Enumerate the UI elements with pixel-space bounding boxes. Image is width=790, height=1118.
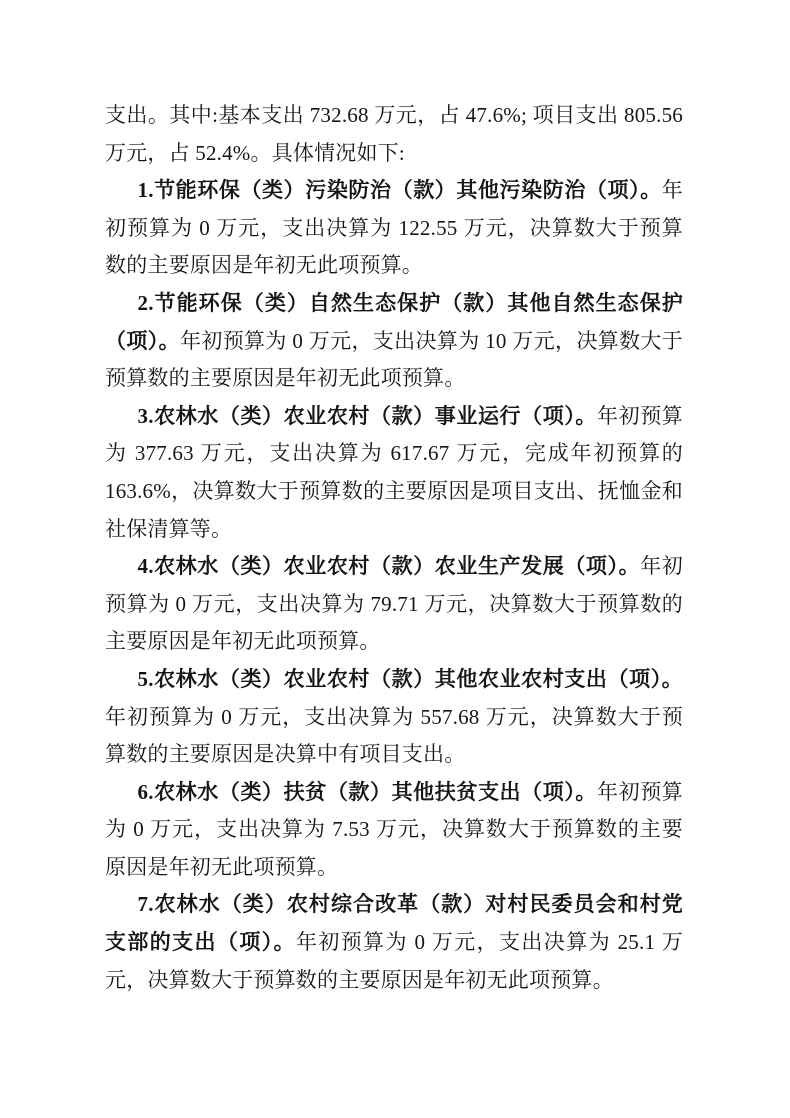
budget-item-title: 5.农林水（类）农业农村（款）其他农业农村支出（项）。: [138, 667, 683, 691]
budget-item-paragraph: 5.农林水（类）农业农村（款）其他农业农村支出（项）。年初预算为 0 万元，支出…: [105, 661, 683, 774]
budget-item-paragraph: 6.农林水（类）扶贫（款）其他扶贫支出（项）。年初预算为 0 万元，支出决算为 …: [105, 774, 683, 887]
budget-item-paragraph: 1.节能环保（类）污染防治（款）其他污染防治（项）。年初预算为 0 万元，支出决…: [105, 172, 683, 285]
budget-item-body: 年初预算为 0 万元，支出决算为 10 万元，决算数大于预算数的主要原因是年初无…: [105, 329, 683, 391]
budget-item-body: 年初预算为 0 万元，支出决算为 557.68 万元，决算数大于预算数的主要原因…: [105, 705, 683, 767]
document-page: 支出。其中:基本支出 732.68 万元，占 47.6%; 项目支出 805.5…: [0, 0, 790, 1118]
budget-items-section: 1.节能环保（类）污染防治（款）其他污染防治（项）。年初预算为 0 万元，支出决…: [105, 172, 683, 999]
budget-item-paragraph: 7.农林水（类）农村综合改革（款）对村民委员会和村党支部的支出（项）。年初预算为…: [105, 886, 683, 999]
budget-item-title: 1.节能环保（类）污染防治（款）其他污染防治（项）。: [138, 178, 662, 202]
intro-paragraph: 支出。其中:基本支出 732.68 万元，占 47.6%; 项目支出 805.5…: [105, 97, 683, 172]
budget-item-paragraph: 4.农林水（类）农业农村（款）农业生产发展（项）。年初预算为 0 万元，支出决算…: [105, 548, 683, 661]
budget-item-paragraph: 3.农林水（类）农业农村（款）事业运行（项）。年初预算为 377.63 万元，支…: [105, 398, 683, 548]
budget-item-title: 3.农林水（类）农业农村（款）事业运行（项）。: [138, 404, 597, 428]
budget-item-title: 4.农林水（类）农业农村（款）农业生产发展（项）。: [138, 554, 641, 578]
budget-item-paragraph: 2.节能环保（类）自然生态保护（款）其他自然生态保护（项）。年初预算为 0 万元…: [105, 285, 683, 398]
budget-item-title: 6.农林水（类）扶贫（款）其他扶贫支出（项）。: [138, 780, 597, 804]
